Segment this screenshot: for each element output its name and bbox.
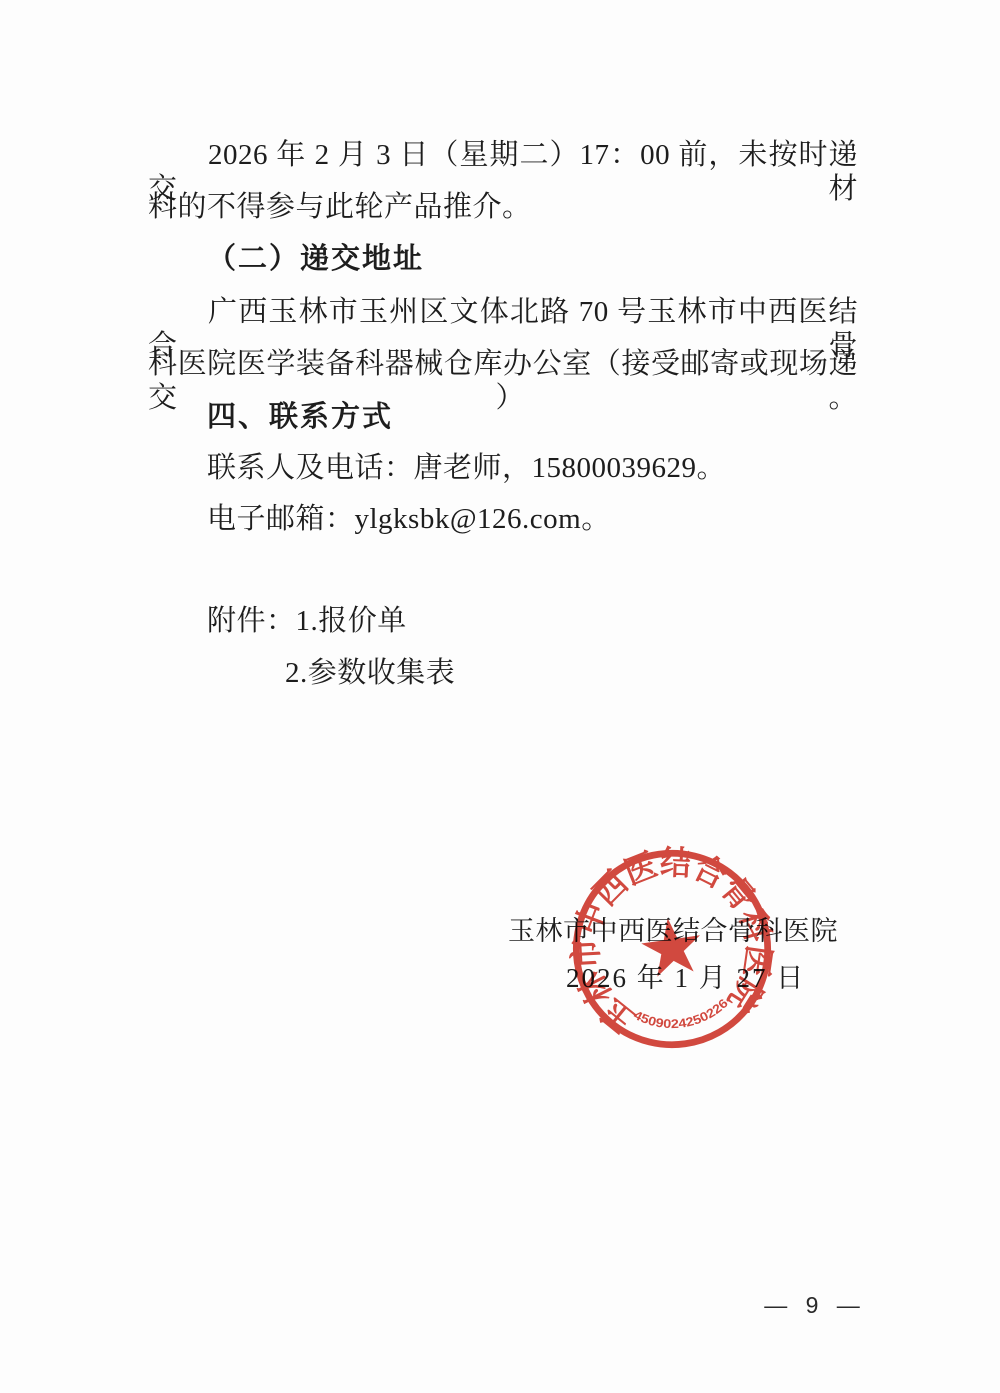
attachment-item-2: 2.参数收集表 (285, 656, 858, 690)
attachment-item-1: 附件：1.报价单 (207, 604, 858, 638)
contact-person-phone: 联系人及电话：唐老师，15800039629。 (207, 451, 858, 485)
paragraph-deadline-line2: 料的不得参与此轮产品推介。 (148, 190, 858, 224)
heading-contact-info: 四、联系方式 (207, 400, 858, 434)
star-icon (638, 914, 705, 978)
contact-email: 电子邮箱：ylgksbk@126.com。 (207, 502, 858, 536)
official-seal: 玉林市中西医结合骨科医院 4509024250226 (555, 832, 790, 1067)
heading-delivery-address: （二）递交地址 (207, 242, 858, 276)
page-number: — 9 — (750, 1292, 880, 1319)
document-page: 2026 年 2 月 3 日（星期二）17：00 前，未按时递交材 料的不得参与… (0, 0, 1000, 1393)
